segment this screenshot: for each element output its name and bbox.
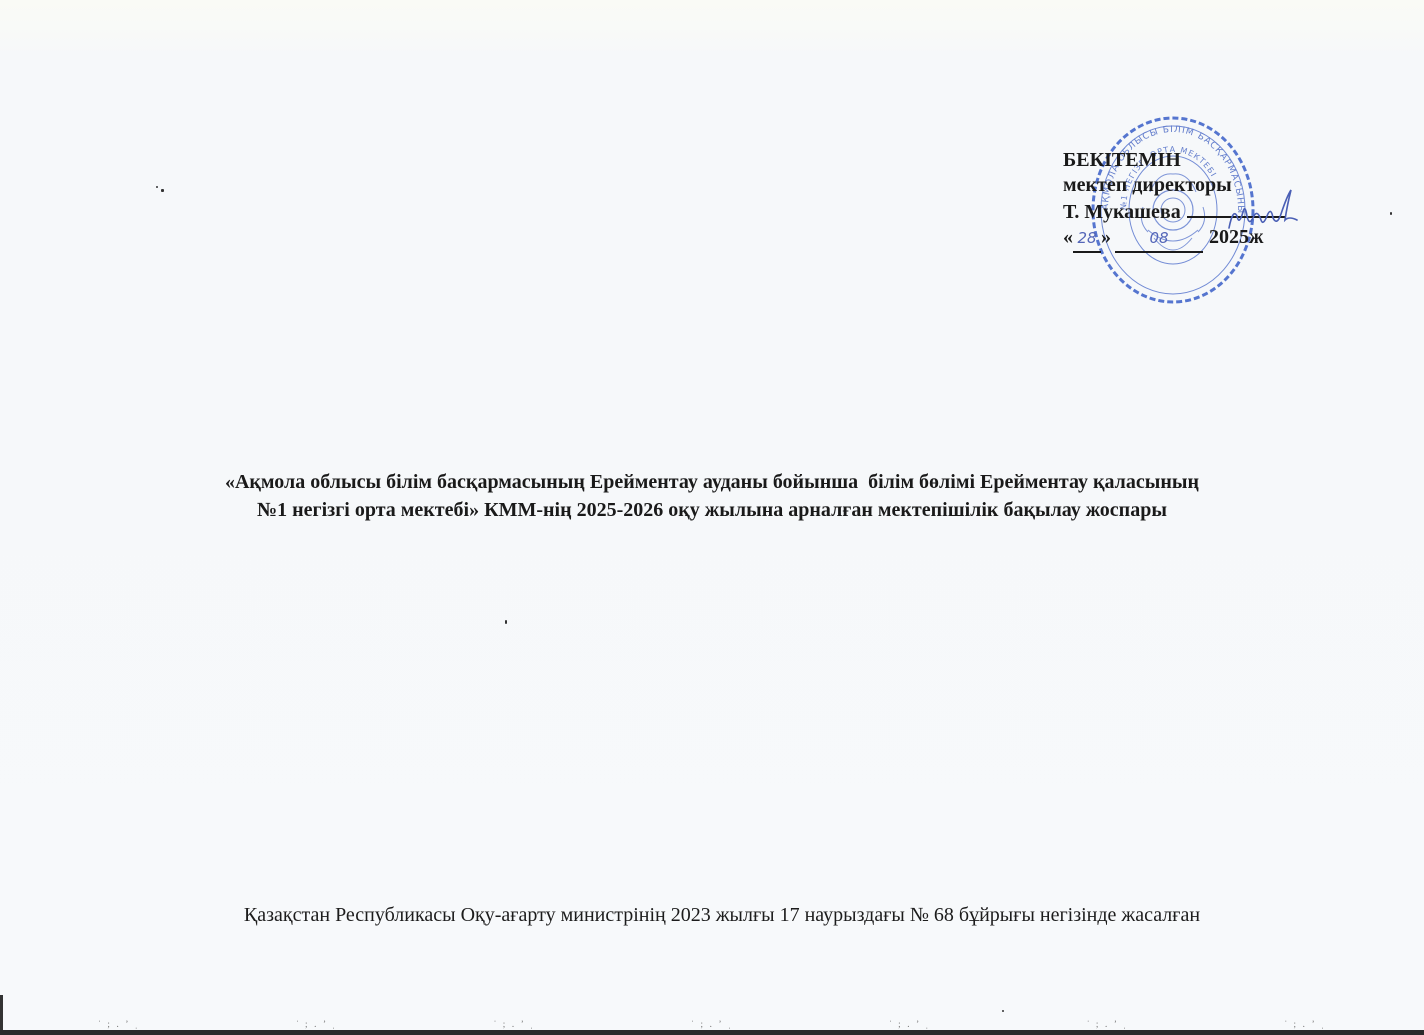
basis-note: Қазақстан Республикасы Оқу-ағарту минист… bbox=[0, 902, 1424, 928]
document-title: «Ақмола облысы білім басқармасының Ерейм… bbox=[0, 468, 1424, 524]
scan-speck bbox=[505, 620, 507, 624]
scan-speck bbox=[156, 186, 158, 188]
title-line-2: №1 негізгі орта мектебі» КММ-нің 2025-20… bbox=[0, 496, 1424, 524]
date-day: 28 bbox=[1073, 226, 1101, 253]
document-page: АҚМОЛА ОБЛЫСЫ БІЛІМ БАСҚАРМАСЫНЫҢ ЕРЕЙМЕ… bbox=[0, 0, 1424, 1035]
scan-edge-bottom bbox=[0, 1030, 1424, 1035]
date-close-quote: » bbox=[1101, 226, 1111, 248]
scan-speck bbox=[161, 189, 164, 192]
title-line-1: «Ақмола облысы білім басқармасының Ерейм… bbox=[0, 468, 1424, 496]
scan-edge-left bbox=[0, 995, 3, 1035]
director-name: Т. Мукашева bbox=[1063, 201, 1181, 223]
date-open-quote: « bbox=[1063, 226, 1073, 248]
scan-speck bbox=[1390, 212, 1392, 215]
scan-edge-marks: ˈ ; ․ ʼ ˌˈ ; ․ ʼ ˌˈ ; ․ ʼ ˌˈ ; ․ ʼ ˌˈ ; … bbox=[0, 1019, 1424, 1029]
scan-speck bbox=[1002, 1010, 1004, 1012]
date-month: 08 bbox=[1115, 226, 1203, 253]
approval-heading: БЕКІТЕМІН bbox=[1063, 148, 1285, 173]
director-signature-icon bbox=[1225, 186, 1305, 236]
